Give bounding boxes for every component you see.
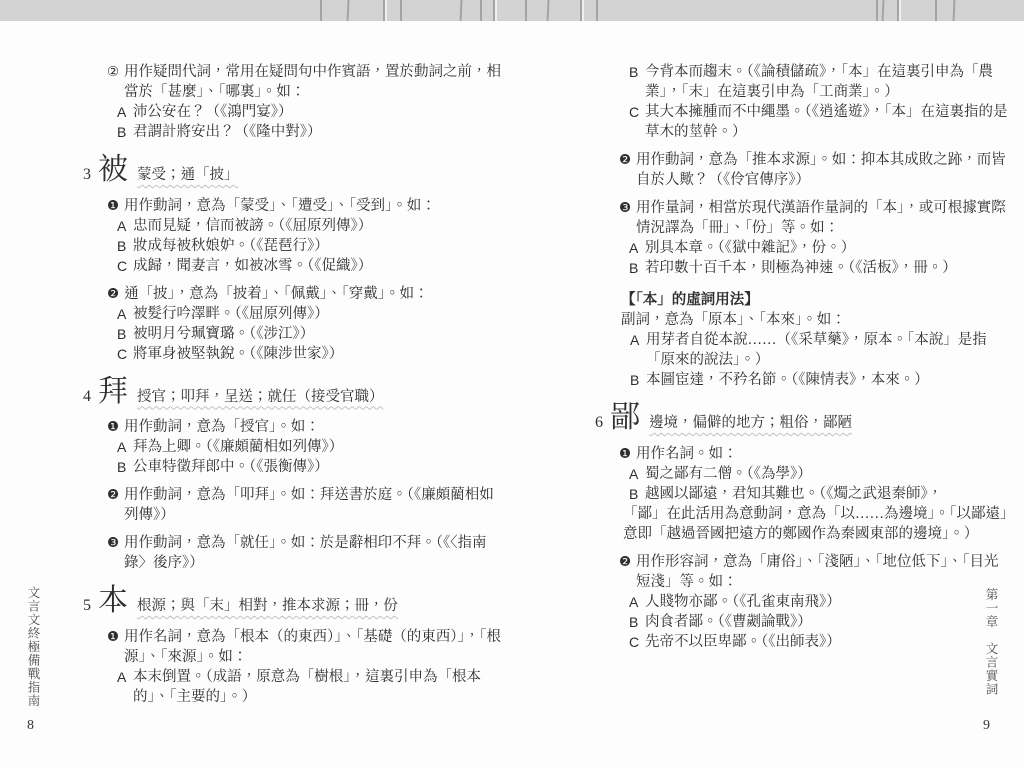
usage-point: ❷用作形容詞，意為「庸俗」、「淺陋」、「地位低下」、「目光短淺」等。如：A人賤物… [595,552,1011,652]
background-streak [546,0,549,21]
point-body: 用作形容詞，意為「庸俗」、「淺陋」、「地位低下」、「目光短淺」等。如：A人賤物亦… [636,552,1011,652]
background-streak [320,0,322,21]
point-body: 用作動詞，意為「授官」。如：A拜為上卿。（《廉頗藺相如列傳》）B公車特徵拜郎中。… [124,417,501,477]
example-text: 妝成每被秋娘妒。（《琵琶行》） [133,236,501,256]
example-list: A忠而見疑，信而被謗。（《屈原列傳》）B妝成每被秋娘妒。（《琵琶行》）C成歸，聞… [117,216,501,276]
example-label: A [629,592,645,612]
usage-point: ❷用作動詞，意為「叩拜」。如：拜送書於庭。（《廉頗藺相如列傳》） [83,485,501,525]
example-text: 沛公安在？（《鴻門宴》） [133,102,501,122]
entry-number: 6 [595,413,610,433]
example-text: 被明月兮珮寶璐。（《涉江》） [133,324,501,344]
usage-point: ❶用作名詞。如：A蜀之鄙有二僧。（《為學》）B越國以鄙遠，君知其難也。（《燭之武… [595,444,1011,544]
entry-definition: 授官；叩拜，呈送；就任（接受官職） [137,387,384,407]
example-text: 用芽者自從本說……（《采草藥》，原本。「本說」是指「原來的說法」。） [646,330,1011,370]
entry-definition: 根源；與「末」相對，推本求源；冊，份 [137,596,398,616]
example-label: B [629,62,645,102]
background-streak [897,0,899,21]
example-list: A別具本章。（《獄中雜記》，份。）B若印數十百千本，則極為神速。（《活板》，冊。… [629,238,1011,278]
example-list: A拜為上卿。（《廉頗藺相如列傳》）B公車特徵拜郎中。（《張衡傳》） [117,437,501,477]
point-marker-icon: ❸ [107,533,124,573]
point-text: 用作形容詞，意為「庸俗」、「淺陋」、「地位低下」、「目光短淺」等。如： [636,552,1011,592]
point-text: 用作名詞。如： [636,444,1011,464]
right-spine-title: 第一章 文言實詞 [982,588,1000,696]
entry-headword-row: 5本根源；與「末」相對，推本求源；冊，份 [83,585,501,617]
point-body: 用作名詞，意為「根本（的東西）」、「基礎（的東西）」，「根源」、「來源」。如：A… [124,627,501,707]
usage-point: ❶用作名詞，意為「根本（的東西）」、「基礎（的東西）」，「根源」、「來源」。如：… [83,627,501,707]
entry-headword-row: 6鄙邊境，偏僻的地方；粗俗，鄙陋 [595,402,1011,434]
note-text: 副詞，意為「原本」、「本來」。如： [621,310,1011,330]
example-item: B公車特徵拜郎中。（《張衡傳》） [117,457,501,477]
example-text: 忠而見疑，信而被謗。（《屈原列傳》） [133,216,501,236]
entry-definition: 蒙受；通「披」 [137,165,239,185]
point-body: B今背本而趨末。（《論積儲疏》，「本」在這裏引申為「農業」，「末」在這裏引申為「… [636,62,1011,142]
example-text: 被髮行吟澤畔。（《屈原列傳》） [133,304,501,324]
background-streak [881,0,884,21]
usage-point: ❸用作量詞，相當於現代漢語作量詞的「本」，或可根據實際情況譯為「冊」、「份」等。… [595,198,1011,278]
point-text: 用作名詞，意為「根本（的東西）」、「基礎（的東西）」，「根源」、「來源」。如： [124,627,501,667]
example-label: B [629,612,645,632]
example-text: 公車特徵拜郎中。（《張衡傳》） [133,457,501,477]
example-label: A [117,437,133,457]
left-page-text-column: ②用作疑問代詞，常用在疑問句中作賓語，置於動詞之前，相當於「甚麼」、「哪裏」。如… [83,62,501,715]
example-text: 今背本而趨末。（《論積儲疏》，「本」在這裏引申為「農業」，「末」在這裏引申為「工… [645,62,1011,102]
right-page-text-column: B今背本而趨末。（《論積儲疏》，「本」在這裏引申為「農業」，「末」在這裏引申為「… [595,62,1011,660]
example-label: A [630,330,646,370]
point-body: 用作動詞，意為「就任」。如：於是辭相印不拜。（《〈指南錄〉後序》） [124,533,501,573]
example-label: A [629,238,645,258]
point-text: 用作動詞，意為「蒙受」、「遭受」、「受到」。如： [124,196,501,216]
usage-point: ❷通「披」，意為「披着」、「佩戴」、「穿戴」。如：A被髮行吟澤畔。（《屈原列傳》… [83,284,501,364]
background-streak [493,0,495,21]
example-item: A拜為上卿。（《廉頗藺相如列傳》） [117,437,501,457]
example-item: A用芽者自從本說……（《采草藥》，原本。「本說」是指「原來的說法」。） [630,330,1011,370]
point-marker-icon: ❷ [107,485,124,525]
usage-point: ❷用作動詞，意為「推本求源」。如：抑本其成敗之跡，而皆自於人歟？（《伶官傳序》） [595,150,1011,190]
function-word-note: 【「本」的虛詞用法】副詞，意為「原本」、「本來」。如：A用芽者自從本說……（《采… [621,290,1011,390]
example-text: 成歸，聞妻言，如被冰雪。（《促織》） [133,256,501,276]
book-scan: ②用作疑問代詞，常用在疑問句中作賓語，置於動詞之前，相當於「甚麼」、「哪裏」。如… [0,0,1024,768]
example-label: B [117,122,133,142]
example-label: B [630,370,646,390]
point-body: 用作動詞，意為「叩拜」。如：拜送書於庭。（《廉頗藺相如列傳》） [124,485,501,525]
usage-point: ❶用作動詞，意為「授官」。如：A拜為上卿。（《廉頗藺相如列傳》）B公車特徵拜郎中… [83,417,501,477]
point-text: 用作動詞，意為「推本求源」。如：抑本其成敗之跡，而皆自於人歟？（《伶官傳序》） [636,150,1011,190]
entry-number: 4 [83,387,98,407]
example-text: 將軍身被堅執銳。（《陳涉世家》） [133,344,501,364]
background-streak [480,0,482,21]
example-list: A蜀之鄙有二僧。（《為學》）B越國以鄙遠，君知其難也。（《燭之武退秦師》， [629,464,1011,504]
usage-point: ❶用作動詞，意為「蒙受」、「遭受」、「受到」。如：A忠而見疑，信而被謗。（《屈原… [83,196,501,276]
example-label: C [117,256,133,276]
background-streak [935,0,937,21]
example-list: A本末倒置。（成語，原意為「樹根」，這裏引申為「根本的」、「主要的」。） [117,667,501,707]
right-page-number: 9 [983,718,990,734]
entry-headword-row: 3被蒙受；通「披」 [83,154,501,186]
example-label: C [117,344,133,364]
examples-continuation: B今背本而趨末。（《論積儲疏》，「本」在這裏引申為「農業」，「末」在這裏引申為「… [595,62,1011,142]
example-text: 君謂計將安出？（《隆中對》） [133,122,501,142]
usage-point: ②用作疑問代詞，常用在疑問句中作賓語，置於動詞之前，相當於「甚麼」、「哪裏」。如… [83,62,501,142]
example-label: A [117,102,133,122]
example-item: B若印數十百千本，則極為神速。（《活板》，冊。） [629,258,1011,278]
example-text: 越國以鄙遠，君知其難也。（《燭之武退秦師》， [645,484,1011,504]
background-streak [952,0,955,21]
point-text: 用作動詞，意為「授官」。如： [124,417,501,437]
background-streak [580,0,582,21]
background-streak [383,0,385,21]
example-label: A [117,216,133,236]
example-text: 拜為上卿。（《廉頗藺相如列傳》） [133,437,501,457]
point-body: 用作動詞，意為「推本求源」。如：抑本其成敗之跡，而皆自於人歟？（《伶官傳序》） [636,150,1011,190]
example-item: B本圖宦達，不矜名節。（《陳情表》，本來。） [630,370,1011,390]
background-streak [876,0,878,21]
example-text: 別具本章。（《獄中雜記》，份。） [645,238,1011,258]
point-text: 通「披」，意為「披着」、「佩戴」、「穿戴」。如： [124,284,501,304]
note-title: 【「本」的虛詞用法】 [621,290,1011,310]
example-item: C將軍身被堅執銳。（《陳涉世家》） [117,344,501,364]
point-body: 用作量詞，相當於現代漢語作量詞的「本」，或可根據實際情況譯為「冊」、「份」等。如… [636,198,1011,278]
left-page-number: 8 [27,718,34,734]
example-item: C成歸，聞妻言，如被冰雪。（《促織》） [117,256,501,276]
example-text: 人賤物亦鄙。（《孔雀東南飛》） [645,592,1011,612]
entry-number: 5 [83,596,98,616]
example-item: C其大本擁腫而不中繩墨。（《逍遙遊》，「本」在這裏指的是草木的莖幹。） [629,102,1011,142]
point-text: 用作疑問代詞，常用在疑問句中作賓語，置於動詞之前，相當於「甚麼」、「哪裏」。如： [124,62,501,102]
example-text: 其大本擁腫而不中繩墨。（《逍遙遊》，「本」在這裏指的是草木的莖幹。） [645,102,1011,142]
entry-headword-row: 4拜授官；叩拜，呈送；就任（接受官職） [83,376,501,408]
example-label: A [117,304,133,324]
point-text: 用作動詞，意為「就任」。如：於是辭相印不拜。（《〈指南錄〉後序》） [124,533,501,573]
point-continuation: 「鄙」在此活用為意動詞，意為「以……為邊境」。「以鄙遠」意即「越過晉國把遠方的鄭… [623,504,1011,544]
example-label: B [117,324,133,344]
example-label: B [117,457,133,477]
entry-number: 3 [83,165,98,185]
point-body: 用作動詞，意為「蒙受」、「遭受」、「受到」。如：A忠而見疑，信而被謗。（《屈原列… [124,196,501,276]
example-item: B今背本而趨末。（《論積儲疏》，「本」在這裏引申為「農業」，「末」在這裏引申為「… [629,62,1011,102]
point-marker-icon: ❷ [619,150,636,190]
background-band [0,0,1024,21]
point-body: 通「披」，意為「披着」、「佩戴」、「穿戴」。如：A被髮行吟澤畔。（《屈原列傳》）… [124,284,501,364]
example-item: A被髮行吟澤畔。（《屈原列傳》） [117,304,501,324]
example-list: A人賤物亦鄙。（《孔雀東南飛》）B肉食者鄙。（《曹劌論戰》）C先帝不以臣卑鄙。（… [629,592,1011,652]
example-label: C [629,102,645,142]
example-item: A沛公安在？（《鴻門宴》） [117,102,501,122]
example-list: A沛公安在？（《鴻門宴》）B君謂計將安出？（《隆中對》） [117,102,501,142]
example-item: A別具本章。（《獄中雜記》，份。） [629,238,1011,258]
example-label: A [629,464,645,484]
example-text: 肉食者鄙。（《曹劌論戰》） [645,612,1011,632]
example-item: B肉食者鄙。（《曹劌論戰》） [629,612,1011,632]
example-item: C先帝不以臣卑鄙。（《出師表》） [629,632,1011,652]
background-streak [596,0,598,21]
example-text: 先帝不以臣卑鄙。（《出師表》） [645,632,1011,652]
example-text: 若印數十百千本，則極為神速。（《活板》，冊。） [645,258,1011,278]
example-list: A被髮行吟澤畔。（《屈原列傳》）B被明月兮珮寶璐。（《涉江》）C將軍身被堅執銳。… [117,304,501,364]
example-item: A忠而見疑，信而被謗。（《屈原列傳》） [117,216,501,236]
example-item: A本末倒置。（成語，原意為「樹根」，這裏引申為「根本的」、「主要的」。） [117,667,501,707]
point-text: 用作量詞，相當於現代漢語作量詞的「本」，或可根據實際情況譯為「冊」、「份」等。如… [636,198,1011,238]
entry-character: 拜 [98,376,128,408]
example-item: A人賤物亦鄙。（《孔雀東南飛》） [629,592,1011,612]
example-item: A蜀之鄙有二僧。（《為學》） [629,464,1011,484]
point-text: 用作動詞，意為「叩拜」。如：拜送書於庭。（《廉頗藺相如列傳》） [124,485,501,525]
entry-definition: 邊境，偏僻的地方；粗俗，鄙陋 [649,413,852,433]
left-spine-title: 文言文終極備戰指南 [24,586,42,708]
example-text: 蜀之鄙有二僧。（《為學》） [645,464,1011,484]
example-label: C [629,632,645,652]
example-item: B妝成每被秋娘妒。（《琵琶行》） [117,236,501,256]
point-body: 用作名詞。如：A蜀之鄙有二僧。（《為學》）B越國以鄙遠，君知其難也。（《燭之武退… [636,444,1011,544]
entry-character: 鄙 [610,402,640,434]
example-label: B [629,484,645,504]
background-streak [459,0,462,21]
example-label: A [117,667,133,707]
usage-point: ❸用作動詞，意為「就任」。如：於是辭相印不拜。（《〈指南錄〉後序》） [83,533,501,573]
example-list: B今背本而趨末。（《論積儲疏》，「本」在這裏引申為「農業」，「末」在這裏引申為「… [629,62,1011,142]
entry-character: 被 [98,154,128,186]
example-label: B [117,236,133,256]
example-item: B被明月兮珮寶璐。（《涉江》） [117,324,501,344]
example-text: 本末倒置。（成語，原意為「樹根」，這裏引申為「根本的」、「主要的」。） [133,667,501,707]
background-streak [525,0,527,21]
point-body: 用作疑問代詞，常用在疑問句中作賓語，置於動詞之前，相當於「甚麼」、「哪裏」。如：… [124,62,501,142]
example-list: A用芽者自從本說……（《采草藥》，原本。「本說」是指「原來的說法」。）B本圖宦達… [630,330,1011,390]
background-streak [346,0,349,21]
example-text: 本圖宦達，不矜名節。（《陳情表》，本來。） [646,370,1011,390]
background-streak [400,0,402,21]
example-item: B越國以鄙遠，君知其難也。（《燭之武退秦師》， [629,484,1011,504]
example-item: B君謂計將安出？（《隆中對》） [117,122,501,142]
example-label: B [629,258,645,278]
entry-character: 本 [98,585,128,617]
